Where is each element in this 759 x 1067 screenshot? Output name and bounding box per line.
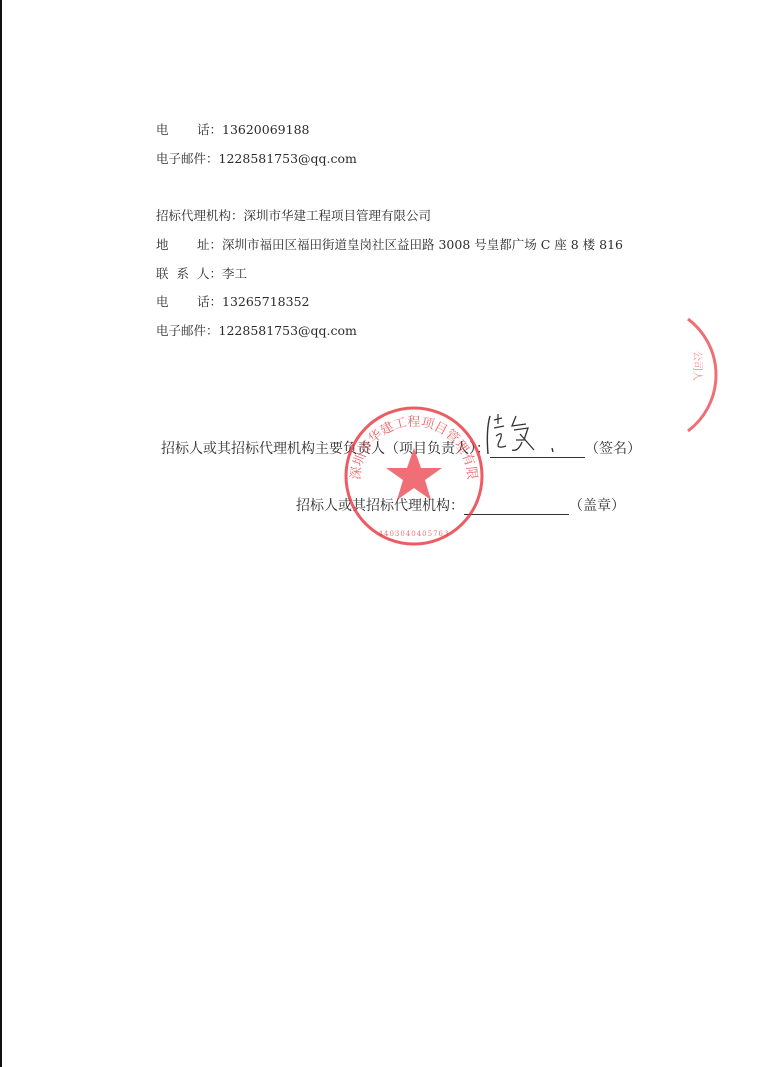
scan-edge [0, 0, 2, 1067]
principal-signature-row: 招标人或其招标代理机构主要负责人（项目负责人）：（签名） [161, 438, 641, 458]
email-label: 电子邮件： [156, 151, 219, 167]
handwritten-signature [482, 410, 562, 458]
contact-label: 联 系 人： [156, 266, 222, 282]
label-char: 人： [197, 266, 222, 282]
email-label: 电子邮件： [156, 323, 219, 339]
seal-suffix: （盖章） [569, 498, 625, 514]
seal-label: 招标人或其招标代理机构： [296, 498, 464, 514]
agency-contact: 李工 [222, 266, 247, 281]
tenderer-email-row: 电子邮件：1228581753@qq.com [156, 151, 357, 167]
stamp-serial: 4403040405763 [379, 530, 450, 538]
svg-text:公司人: 公司人 [691, 351, 704, 381]
agency-address: 深圳市福田区福田街道皇岗社区益田路 3008 号皇都广场 C 座 8 楼 816 [222, 237, 623, 252]
principal-label: 招标人或其招标代理机构主要负责人（项目负责人）： [161, 441, 490, 457]
agency-phone: 13265718352 [222, 294, 309, 309]
company-seal-stamp: 深圳市华建工程项目管理有限公司 4403040405763 [340, 400, 485, 550]
phone-label: 电 话： [156, 294, 222, 310]
agency-email: 1228581753@qq.com [219, 323, 357, 338]
address-label: 地 址： [156, 237, 222, 253]
agency-name: 深圳市华建工程项目管理有限公司 [244, 208, 432, 223]
tenderer-email: 1228581753@qq.com [219, 151, 357, 166]
agency-email-row: 电子邮件：1228581753@qq.com [156, 323, 357, 339]
agency-name-label: 招标代理机构： [156, 208, 244, 224]
label-char: 电 [156, 294, 169, 310]
agency-name-row: 招标代理机构：深圳市华建工程项目管理有限公司 [156, 208, 431, 224]
tenderer-phone: 13620069188 [222, 122, 309, 137]
seal-row: 招标人或其招标代理机构：（盖章） [296, 495, 625, 515]
label-char: 系 [176, 266, 189, 282]
agency-contact-row: 联 系 人： 李工 [156, 266, 247, 282]
label-char: 电 [156, 122, 169, 138]
seal-blank[interactable] [464, 498, 569, 515]
label-char: 址： [197, 237, 222, 253]
agency-address-row: 地 址： 深圳市福田区福田街道皇岗社区益田路 3008 号皇都广场 C 座 8 … [156, 237, 623, 253]
label-char: 联 [156, 266, 169, 282]
partial-seal-stamp: 公司人 [684, 315, 724, 435]
label-char: 地 [156, 237, 169, 253]
label-char: 话： [197, 122, 222, 138]
label-char: 话： [197, 294, 222, 310]
sign-suffix: （签名） [585, 441, 641, 457]
phone-label: 电 话： [156, 122, 222, 138]
tenderer-phone-row: 电 话： 13620069188 [156, 122, 309, 138]
agency-phone-row: 电 话： 13265718352 [156, 294, 309, 310]
